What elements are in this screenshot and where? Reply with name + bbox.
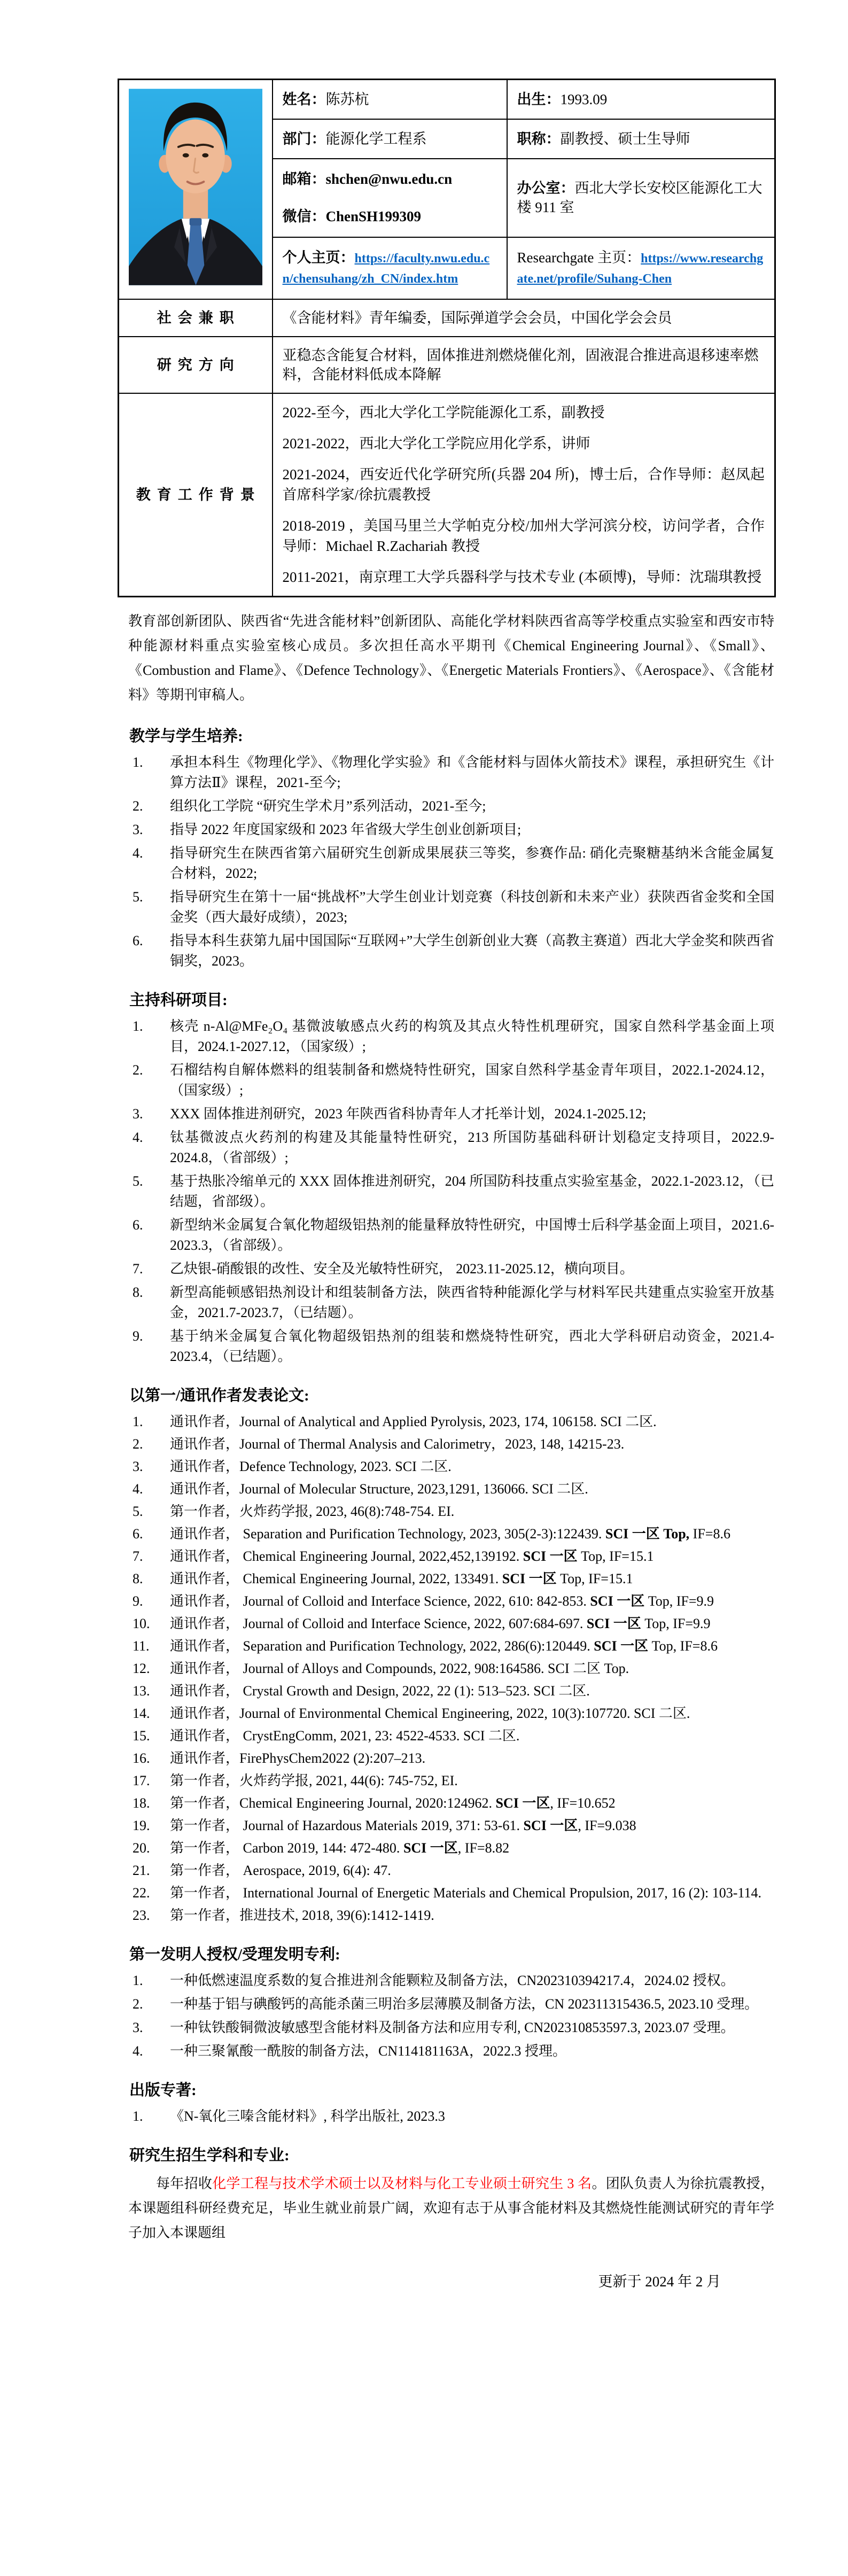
email-label: 邮箱： xyxy=(283,171,326,187)
list-item: 通讯作者， Journal of Colloid and Interface S… xyxy=(170,1614,774,1634)
contact-field: 邮箱：shchen@nwu.edu.cn 微信：ChenSH199309 xyxy=(273,159,507,238)
section-books: 出版专著: 《N-氧化三嗪含能材料》, 科学出版社, 2023.3 xyxy=(118,2080,774,2127)
patents-heading: 第一发明人授权/受理发明专利: xyxy=(129,1944,774,1965)
list-item: 新型纳米金属复合氧化物超级铝热剂的能量释放特性研究，中国博士后科学基金面上项目，… xyxy=(170,1215,774,1256)
publications-heading: 以第一/通讯作者发表论文: xyxy=(129,1385,774,1406)
list-item: 第一作者，火炸药学报, 2021, 44(6): 745-752, EI. xyxy=(170,1771,774,1791)
education-item: 2021-2024，西安近代化学研究所(兵器 204 所)，博士后，合作导师：赵… xyxy=(283,464,765,505)
teaching-heading: 教学与学生培养: xyxy=(129,726,774,747)
list-item: 通讯作者，Journal of Molecular Structure, 202… xyxy=(170,1479,774,1499)
education-item: 2022-至今，西北大学化工学院能源化工系，副教授 xyxy=(283,402,765,423)
publications-list: 通讯作者，Journal of Analytical and Applied P… xyxy=(130,1412,774,1926)
birth-value: 1993.09 xyxy=(561,91,608,107)
section-recruitment: 研究生招生学科和专业: 每年招收化学工程与技术学术硕士以及材料与化工专业硕士研究… xyxy=(118,2145,774,2245)
books-list: 《N-氧化三嗪含能材料》, 科学出版社, 2023.3 xyxy=(130,2106,774,2127)
email-value: shchen@nwu.edu.cn xyxy=(326,171,453,187)
books-heading: 出版专著: xyxy=(129,2080,774,2101)
list-item: 钛基微波点火药剂的构建及其能量特性研究，213 所国防基础科研计划稳定支持项目，… xyxy=(170,1127,774,1168)
list-item: 通讯作者， CrystEngComm, 2021, 23: 4522-4533.… xyxy=(170,1726,774,1746)
researchgate-field: Researchgate 主页：https://www.researchgate… xyxy=(507,237,775,299)
email-line: 邮箱：shchen@nwu.edu.cn xyxy=(283,169,497,189)
office-field: 办公室：西北大学长安校区能源化工大楼 911 室 xyxy=(507,159,775,238)
list-item: 一种低燃速温度系数的复合推进剂含能颗粒及制备方法，CN202310394217.… xyxy=(170,1971,774,1991)
list-item: 指导 2022 年度国家级和 2023 年省级大学生创业创新项目; xyxy=(170,820,774,840)
table-row: 姓名：陈苏杭 出生：1993.09 xyxy=(119,80,775,119)
recruitment-text-highlight: 化学工程与技术学术硕士以及材料与化工专业硕士研究生 3 名 xyxy=(212,2176,592,2191)
birth-label: 出生： xyxy=(517,91,561,107)
list-item: 通讯作者，Journal of Thermal Analysis and Cal… xyxy=(170,1434,774,1454)
section-patents: 第一发明人授权/受理发明专利: 一种低燃速温度系数的复合推进剂含能颗粒及制备方法… xyxy=(118,1944,774,2061)
list-item: 指导本科生获第九届中国国际“互联网+”大学生创新创业大赛（高教主赛道）西北大学金… xyxy=(170,931,774,971)
name-value: 陈苏杭 xyxy=(326,91,369,107)
office-label: 办公室： xyxy=(517,180,575,196)
recruitment-heading: 研究生招生学科和专业: xyxy=(129,2145,774,2166)
list-item: 通讯作者， Separation and Purification Techno… xyxy=(170,1636,774,1656)
recruitment-paragraph: 每年招收化学工程与技术学术硕士以及材料与化工专业硕士研究生 3 名。团队负责人为… xyxy=(128,2172,774,2245)
education-item: 2018-2019 ，美国马里兰大学帕克分校/加州大学河滨分校，访问学者，合作导… xyxy=(283,516,765,556)
list-item: 组织化工学院 “研究生学术月”系列活动，2021-至今; xyxy=(170,796,774,816)
list-item: 通讯作者，Journal of Analytical and Applied P… xyxy=(170,1412,774,1432)
list-item: 通讯作者，Journal of Environmental Chemical E… xyxy=(170,1703,774,1724)
homepage-field: 个人主页：https://faculty.nwu.edu.cn/chensuha… xyxy=(273,237,507,299)
list-item: 承担本科生《物理化学》、《物理化学实验》和《含能材料与固体火箭技术》课程，承担研… xyxy=(170,752,774,793)
list-item: 核壳 n-Al@MFe₂O₄ 基微波敏感点火药的构筑及其点火特性机理研究，国家自… xyxy=(170,1016,774,1057)
profile-photo xyxy=(129,89,262,285)
table-row: 研究方向 亚稳态含能复合材料，固体推进剂燃烧催化剂，固液混合推进高退移速率燃料，… xyxy=(119,337,775,393)
list-item: 《N-氧化三嗪含能材料》, 科学出版社, 2023.3 xyxy=(170,2106,774,2127)
list-item: 基于热胀冷缩单元的 XXX 固体推进剂研究，204 所国防科技重点实验室基金，2… xyxy=(170,1171,774,1212)
list-item: 一种基于铝与碘酸钙的高能杀菌三明治多层薄膜及制备方法，CN 2023113154… xyxy=(170,1994,774,2014)
title-label: 职称： xyxy=(517,131,561,147)
section-projects: 主持科研项目: 核壳 n-Al@MFe₂O₄ 基微波敏感点火药的构筑及其点火特性… xyxy=(118,990,774,1367)
teaching-list: 承担本科生《物理化学》、《物理化学实验》和《含能材料与固体火箭技术》课程，承担研… xyxy=(130,752,774,971)
department-field: 部门：能源化学工程系 xyxy=(273,119,507,159)
updated-date: 更新于 2024 年 2 月 xyxy=(118,2270,721,2291)
list-item: 通讯作者， Journal of Colloid and Interface S… xyxy=(170,1591,774,1612)
photo-cell xyxy=(119,80,273,300)
list-item: 石榴结构自解体燃料的组装制备和燃烧特性研究，国家自然科学基金青年项目，2022.… xyxy=(170,1060,774,1101)
projects-heading: 主持科研项目: xyxy=(129,990,774,1011)
table-row: 教育工作背景 2022-至今，西北大学化工学院能源化工系，副教授2021-202… xyxy=(119,393,775,597)
title-value: 副教授、硕士生导师 xyxy=(561,131,690,147)
list-item: 指导研究生在第十一届“挑战杯”大学生创业计划竞赛（科技创新和未来产业）获陕西省金… xyxy=(170,887,774,928)
list-item: XXX 固体推进剂研究，2023 年陕西省科协青年人才托举计划，2024.1-2… xyxy=(170,1104,774,1124)
title-field: 职称：副教授、硕士生导师 xyxy=(507,119,775,159)
list-item: 基于纳米金属复合氧化物超级铝热剂的组装和燃烧特性研究，西北大学科研启动资金，20… xyxy=(170,1326,774,1367)
list-item: 第一作者，Chemical Engineering Journal, 2020:… xyxy=(170,1793,774,1814)
projects-list: 核壳 n-Al@MFe₂O₄ 基微波敏感点火药的构筑及其点火特性机理研究，国家自… xyxy=(130,1016,774,1367)
research-direction-label: 研究方向 xyxy=(119,337,273,393)
wechat-label: 微信： xyxy=(283,208,326,224)
wechat-line: 微信：ChenSH199309 xyxy=(283,207,497,226)
homepage-label: 个人主页： xyxy=(283,250,355,266)
list-item: 第一作者， Aerospace, 2019, 6(4): 47. xyxy=(170,1861,774,1881)
department-label: 部门： xyxy=(283,131,326,147)
education-item: 2021-2022，西北大学化工学院应用化学系，讲师 xyxy=(283,433,765,454)
list-item: 第一作者， Carbon 2019, 144: 472-480. SCI 一区,… xyxy=(170,1838,774,1858)
list-item: 一种三聚氰酸一酰胺的制备方法，CN114181163A，2022.3 授理。 xyxy=(170,2041,774,2061)
background-list: 2022-至今，西北大学化工学院能源化工系，副教授2021-2022，西北大学化… xyxy=(283,402,765,587)
table-row: 社会兼职 《含能材料》青年编委，国际弹道学会会员，中国化学会会员 xyxy=(119,299,775,337)
background-label: 教育工作背景 xyxy=(119,393,273,597)
list-item: 一种钛铁酸铜微波敏感型含能材料及制备方法和应用专利, CN20231085359… xyxy=(170,2018,774,2038)
department-value: 能源化学工程系 xyxy=(326,131,427,147)
researchgate-label: Researchgate 主页： xyxy=(517,250,641,266)
recruitment-text-pre: 每年招收 xyxy=(156,2176,212,2191)
list-item: 乙炔银-硝酸银的改性、安全及光敏特性研究， 2023.11-2025.12，横向… xyxy=(170,1259,774,1279)
birth-field: 出生：1993.09 xyxy=(507,80,775,119)
list-item: 第一作者，火炸药学报, 2023, 46(8):748-754. EI. xyxy=(170,1501,774,1522)
list-item: 通讯作者，FirePhysChem2022 (2):207–213. xyxy=(170,1748,774,1769)
list-item: 第一作者， Journal of Hazardous Materials 201… xyxy=(170,1816,774,1836)
info-table: 姓名：陈苏杭 出生：1993.09 部门：能源化学工程系 职称：副教授、硕士生导… xyxy=(118,79,776,597)
list-item: 第一作者， International Journal of Energetic… xyxy=(170,1883,774,1903)
wechat-value: ChenSH199309 xyxy=(326,208,422,224)
name-label: 姓名： xyxy=(283,91,326,107)
research-direction-value: 亚稳态含能复合材料，固体推进剂燃烧催化剂，固液混合推进高退移速率燃料，含能材料低… xyxy=(273,337,775,393)
patents-list: 一种低燃速温度系数的复合推进剂含能颗粒及制备方法，CN202310394217.… xyxy=(130,1971,774,2061)
name-field: 姓名：陈苏杭 xyxy=(273,80,507,119)
list-item: 通讯作者， Chemical Engineering Journal, 2022… xyxy=(170,1569,774,1589)
list-item: 指导研究生在陕西省第六届研究生创新成果展获三等奖，参赛作品: 硝化壳聚糖基纳米含… xyxy=(170,843,774,884)
list-item: 新型高能顿感铝热剂设计和组装制备方法，陕西省特种能源化学与材料军民共建重点实验室… xyxy=(170,1282,774,1323)
social-label: 社会兼职 xyxy=(119,299,273,337)
list-item: 通讯作者，Defence Technology, 2023. SCI 二区. xyxy=(170,1457,774,1477)
section-publications: 以第一/通讯作者发表论文: 通讯作者，Journal of Analytical… xyxy=(118,1385,774,1926)
list-item: 通讯作者， Chemical Engineering Journal, 2022… xyxy=(170,1546,774,1567)
list-item: 第一作者，推进技术, 2018, 39(6):1412-1419. xyxy=(170,1905,774,1926)
document-page: 姓名：陈苏杭 出生：1993.09 部门：能源化学工程系 职称：副教授、硕士生导… xyxy=(0,0,848,2291)
education-item: 2011-2021，南京理工大学兵器科学与技术专业 (本硕博)，导师：沈瑞琪教授 xyxy=(283,567,765,587)
list-item: 通讯作者， Journal of Alloys and Compounds, 2… xyxy=(170,1659,774,1679)
intro-paragraph: 教育部创新团队、陕西省“先进含能材料”创新团队、高能化学材料陕西省高等学校重点实… xyxy=(128,609,774,707)
social-value: 《含能材料》青年编委，国际弹道学会会员，中国化学会会员 xyxy=(273,299,775,337)
section-teaching: 教学与学生培养: 承担本科生《物理化学》、《物理化学实验》和《含能材料与固体火箭… xyxy=(118,726,774,971)
list-item: 通讯作者， Crystal Growth and Design, 2022, 2… xyxy=(170,1681,774,1701)
background-value: 2022-至今，西北大学化工学院能源化工系，副教授2021-2022，西北大学化… xyxy=(273,393,775,597)
list-item: 通讯作者， Separation and Purification Techno… xyxy=(170,1524,774,1544)
